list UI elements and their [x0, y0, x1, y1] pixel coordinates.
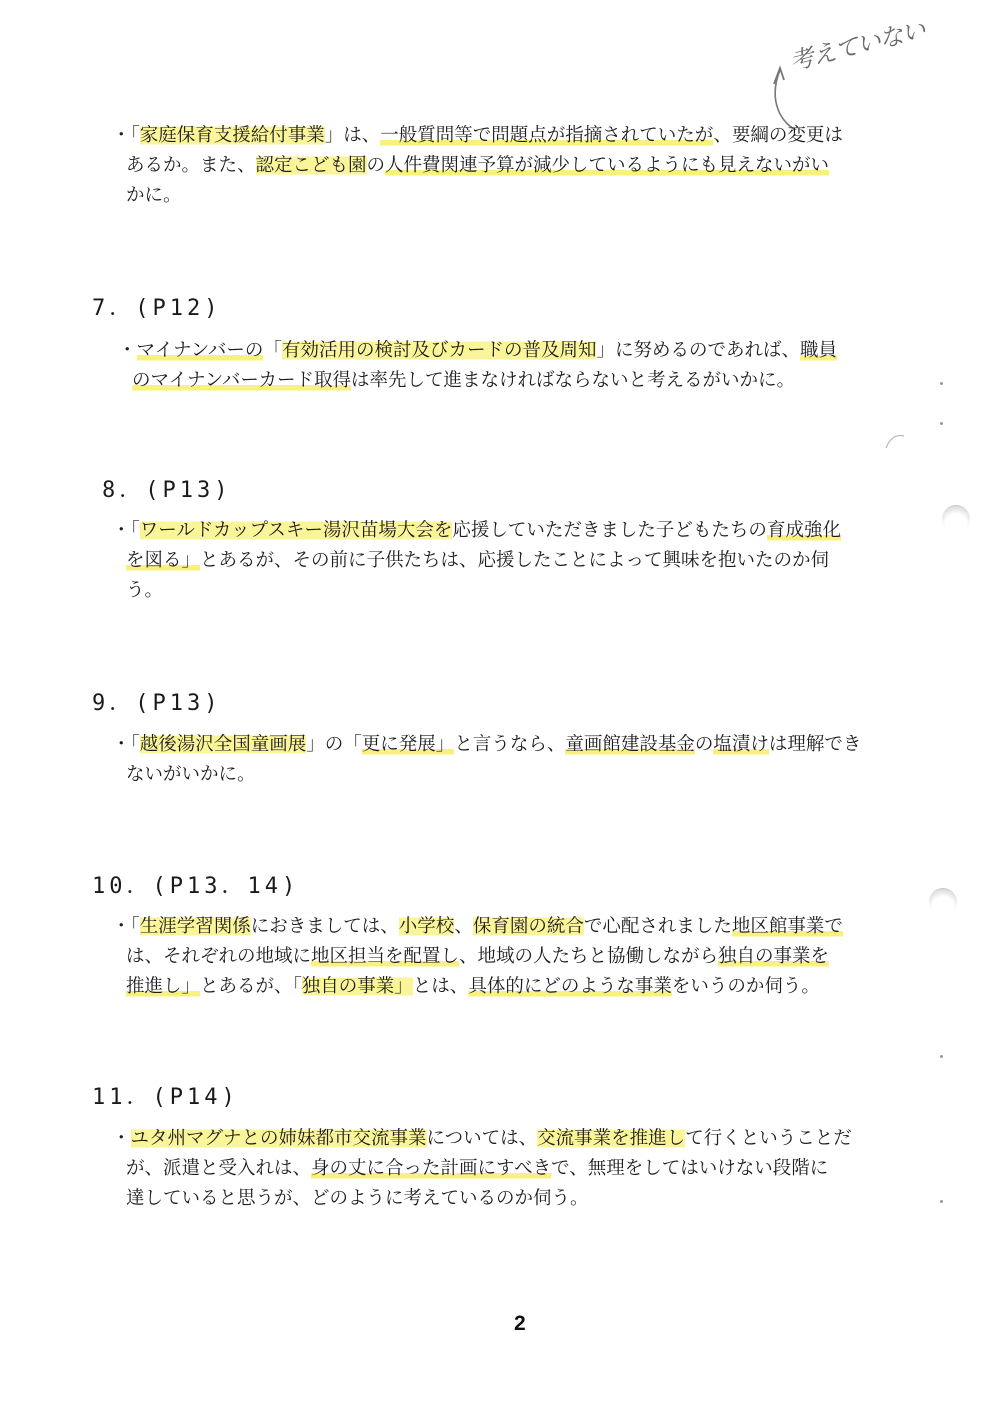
- underlined-highlight-text: マイナンバーの: [137, 340, 264, 361]
- punch-hole: [929, 888, 957, 916]
- text-line: ・「越後湯沢全国童画展」の「更に発展」と言うなら、童画館建設基金の塩漬けは理解で…: [112, 730, 861, 760]
- text-segment: の: [695, 734, 714, 755]
- underlined-highlight-text: 地区担当を配置し: [311, 946, 459, 967]
- section-10-paragraph: ・「生涯学習関係におきましては、小学校、保育園の統合で心配されました地区館事業で…: [112, 912, 843, 1002]
- text-segment: 」の「: [306, 734, 362, 755]
- text-segment: ・: [112, 1128, 131, 1149]
- underlined-highlight-text: 人件費関連予算が減少しているようにも見えないがい: [385, 155, 829, 176]
- highlighted-text: ワールドカップスキー湯沢苗場大会を: [140, 520, 453, 541]
- text-segment: 応援していただきました子どもたちの: [452, 520, 767, 541]
- text-line: ・「生涯学習関係におきましては、小学校、保育園の統合で心配されました地区館事業で: [112, 912, 843, 942]
- text-segment: は率先して進まなければならないと考えるがいかに。: [351, 370, 795, 391]
- text-segment: 、要綱の変更は: [713, 125, 843, 146]
- underlined-highlight-text: 独自の事業を: [718, 946, 829, 967]
- text-segment: ないがいかに。: [126, 764, 256, 785]
- text-segment: とあるが、その前に子供たちは、応援したことによって興味を抱いたのか伺: [200, 550, 829, 571]
- underlined-highlight-text: 塩漬け: [713, 734, 769, 755]
- text-segment: ・「: [112, 916, 140, 937]
- text-segment: で心配されました: [584, 916, 732, 937]
- scan-speck: [940, 382, 943, 385]
- text-segment: の: [367, 155, 386, 176]
- scan-speck: [940, 1055, 943, 1058]
- text-segment: とは、: [413, 976, 469, 997]
- underlined-highlight-text: 職員: [800, 340, 837, 361]
- text-line: を図る」とあるが、その前に子供たちは、応援したことによって興味を抱いたのか伺: [112, 546, 841, 576]
- text-segment: て行くということだ: [685, 1128, 852, 1149]
- highlighted-text: 家庭保育支援給付事業: [140, 125, 325, 146]
- scan-speck: [940, 1200, 943, 1203]
- section-heading-7: 7．(P12): [92, 291, 221, 322]
- text-line: う。: [112, 576, 841, 606]
- highlighted-text: 有効活用の検討及びカードの普及周知: [282, 340, 597, 361]
- text-line: ・「家庭保育支援給付事業」は、一般質問等で問題点が指摘されていたが、要綱の変更は: [112, 121, 843, 151]
- text-line: ないがいかに。: [112, 760, 861, 790]
- intro-paragraph: ・「家庭保育支援給付事業」は、一般質問等で問題点が指摘されていたが、要綱の変更は…: [112, 121, 843, 211]
- text-segment: については、: [427, 1128, 538, 1149]
- text-segment: をいうのか伺う。: [672, 976, 820, 997]
- text-line: ・マイナンバーの「有効活用の検討及びカードの普及周知」に努めるのであれば、職員: [118, 336, 837, 366]
- text-segment: う。: [126, 580, 163, 601]
- section-heading-11: 11．(P14): [92, 1080, 239, 1111]
- text-segment: ・「: [112, 520, 140, 541]
- text-segment: が、派遣と受入れは、: [126, 1158, 311, 1179]
- underlined-highlight-text: 身の丈に合った計画にすべき: [311, 1158, 551, 1179]
- underlined-highlight-text: 更に発展」: [362, 734, 455, 755]
- text-line: 達していると思うが、どのように考えているのか伺う。: [112, 1184, 852, 1214]
- underlined-highlight-text: 童画館建設基金: [565, 734, 695, 755]
- text-segment: は、それぞれの地域に: [126, 946, 311, 967]
- text-segment: と言うなら、: [454, 734, 565, 755]
- scan-speck: [940, 422, 943, 425]
- highlighted-text: 独自の事業」: [302, 976, 413, 997]
- text-segment: 、地域の人たちと協働しながら: [459, 946, 718, 967]
- underlined-highlight-text: 一般質問等で問題点が指摘されていたが: [380, 125, 713, 146]
- text-segment: 達していると思うが、どのように考えているのか伺う。: [126, 1188, 589, 1209]
- text-segment: 「: [263, 340, 282, 361]
- text-segment: 、: [454, 916, 473, 937]
- page-number: 2: [514, 1312, 526, 1336]
- punch-hole: [942, 505, 970, 533]
- text-line: ・ユタ州マグナとの姉妹都市交流事業については、交流事業を推進して行くということだ: [112, 1124, 852, 1154]
- text-segment: あるか。また、: [126, 155, 256, 176]
- text-segment: ・「: [112, 125, 140, 146]
- text-segment: で、無理をしてはいけない段階に: [551, 1158, 828, 1179]
- text-line: が、派遣と受入れは、身の丈に合った計画にすべきで、無理をしてはいけない段階に: [112, 1154, 852, 1184]
- text-line: は、それぞれの地域に地区担当を配置し、地域の人たちと協働しながら独自の事業を: [112, 942, 843, 972]
- section-heading-9: 9．(P13): [92, 686, 221, 717]
- highlighted-text: 認定こども園: [256, 155, 367, 176]
- section-7-paragraph: ・マイナンバーの「有効活用の検討及びカードの普及周知」に努めるのであれば、職員の…: [118, 336, 837, 396]
- text-line: ・「ワールドカップスキー湯沢苗場大会を応援していただきました子どもたちの育成強化: [112, 516, 841, 546]
- text-segment: ・: [118, 340, 137, 361]
- highlighted-text: 交流事業を推進し: [537, 1128, 685, 1149]
- text-line: 推進し」とあるが、「独自の事業」とは、具体的にどのような事業をいうのか伺う。: [112, 972, 843, 1002]
- text-line: かに。: [112, 181, 843, 211]
- handwritten-annotation: 考えていない: [760, 40, 940, 130]
- section-8-paragraph: ・「ワールドカップスキー湯沢苗場大会を応援していただきました子どもたちの育成強化…: [112, 516, 841, 606]
- highlighted-text: 生涯学習関係: [140, 916, 251, 937]
- scanned-document-page: 考えていない ・「家庭保育支援給付事業」は、一般質問等で問題点が指摘されていたが…: [0, 0, 1000, 1413]
- underlined-highlight-text: を図る」: [126, 550, 200, 571]
- underlined-highlight-text: 地区館事業で: [732, 916, 843, 937]
- highlighted-text: 小学校: [399, 916, 455, 937]
- underlined-highlight-text: 推進し」: [126, 976, 200, 997]
- text-segment: かに。: [126, 185, 182, 206]
- underlined-highlight-text: のマイナンバーカード取得: [132, 370, 351, 391]
- text-segment: におきましては、: [251, 916, 399, 937]
- section-11-paragraph: ・ユタ州マグナとの姉妹都市交流事業については、交流事業を推進して行くということだ…: [112, 1124, 852, 1214]
- highlighted-text: 保育園の統合: [473, 916, 584, 937]
- highlighted-text: 越後湯沢全国童画展: [140, 734, 307, 755]
- text-segment: ・「: [112, 734, 140, 755]
- section-heading-10: 10．(P13．14): [92, 869, 299, 900]
- underlined-highlight-text: 具体的にどのような事業: [468, 976, 672, 997]
- text-segment: 」は、: [325, 125, 381, 146]
- text-segment: とあるが、「: [200, 976, 302, 997]
- scan-mark-icon: [884, 430, 908, 450]
- section-heading-8: 8．(P13): [102, 473, 231, 504]
- text-line: あるか。また、認定こども園の人件費関連予算が減少しているようにも見えないがい: [112, 151, 843, 181]
- text-segment: は理解でき: [769, 734, 862, 755]
- underlined-highlight-text: 育成強化: [767, 520, 841, 541]
- text-segment: 」に努めるのであれば、: [596, 340, 800, 361]
- highlighted-text: ユタ州マグナとの姉妹都市交流事業: [131, 1128, 427, 1149]
- text-line: のマイナンバーカード取得は率先して進まなければならないと考えるがいかに。: [118, 366, 837, 396]
- section-9-paragraph: ・「越後湯沢全国童画展」の「更に発展」と言うなら、童画館建設基金の塩漬けは理解で…: [112, 730, 861, 790]
